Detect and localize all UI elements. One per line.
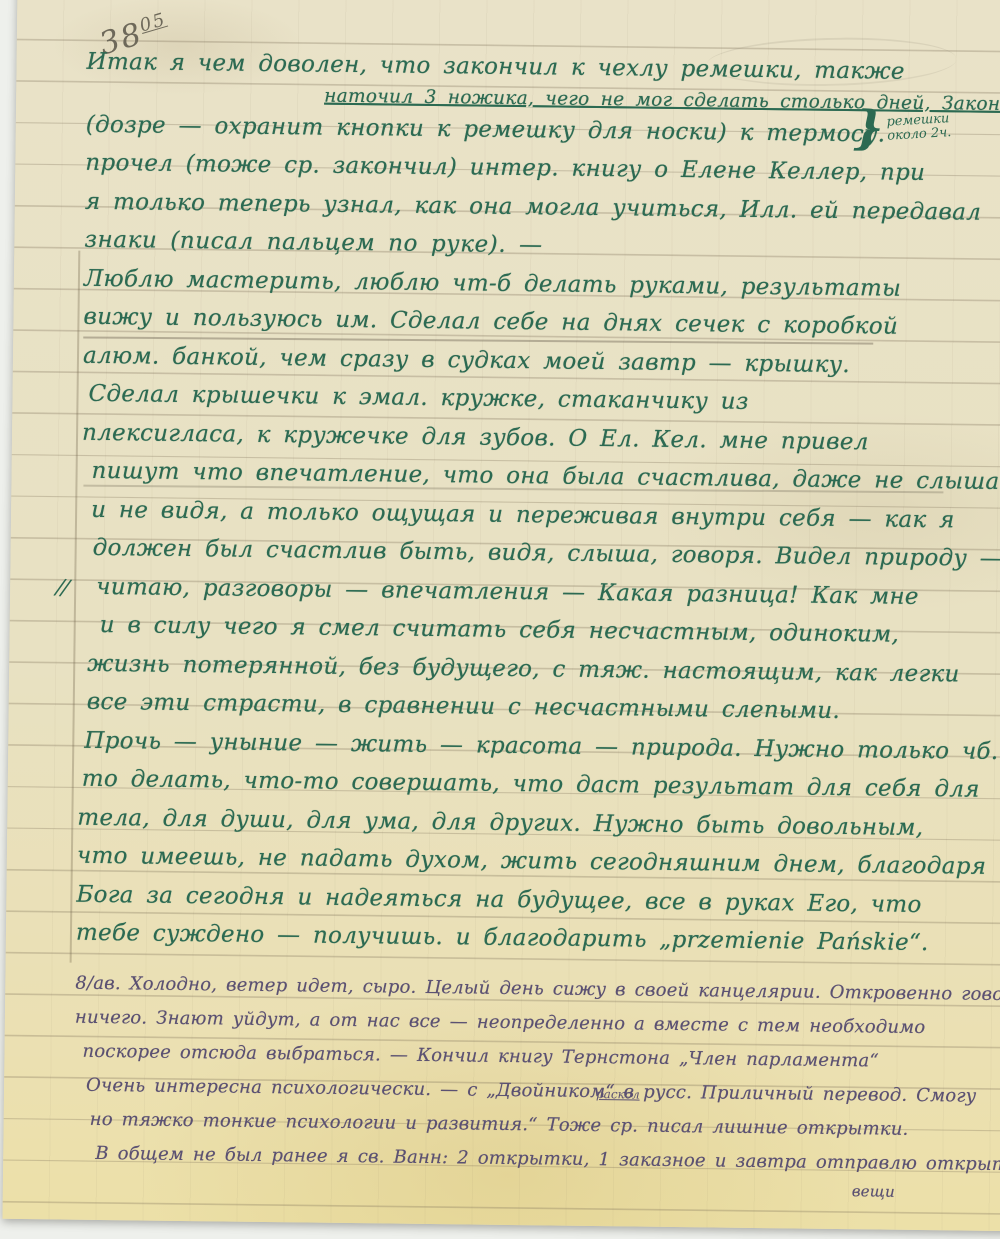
manuscript-paper: 3805 Итак я чем доволен, что закончил к … <box>2 0 1000 1231</box>
diary-entry-violet: 8/ав. Холодно, ветер идет, сыро. Целый д… <box>73 966 968 1203</box>
diary-entry-green: Итак я чем доволен, что закончил к чехлу… <box>76 43 979 963</box>
brace-note-line: около 2ч. <box>887 126 952 144</box>
interlinear-insert-word: раскол <box>596 1087 640 1102</box>
margin-brace-note: } ремешки около 2ч. <box>854 104 951 151</box>
brace-glyph: } <box>854 104 884 150</box>
margin-mark: ∕∕ <box>55 578 69 599</box>
archive-number-superscript: 05 <box>137 9 169 37</box>
manuscript-entries: Итак я чем доволен, что закончил к чехлу… <box>73 43 979 1203</box>
